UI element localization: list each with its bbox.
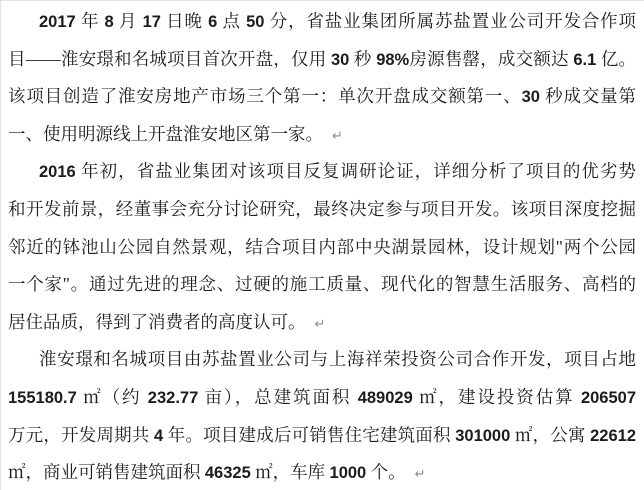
document-body: 2017 年 8 月 17 日晚 6 点 50 分，省盐业集团所属苏盐置业公司开… [8,3,636,490]
text-line: 目——淮安璟和名城项目首次开盘，仅用 30 秒 98%房源售罄，成交额达 6.1… [8,41,636,79]
text-line: 一个家"。通过先进的理念、过硬的施工质量、现代化的智慧生活服务、高档的 [8,266,636,304]
numeral-text: 155180.7 [8,389,77,407]
numeral-text: 6 [208,13,217,31]
numeral-text: 30 [331,51,349,69]
text-line: 155180.7 ㎡（约 232.77 亩），总建筑面积 489029 ㎡，建设… [8,379,636,417]
text-line: 淮安璟和名城项目由苏盐置业公司与上海祥荣投资公司合作开发，项目占地 [8,341,636,379]
numeral-text: 50 [246,13,264,31]
text-line: ㎡，商业可销售建筑面积 46325 ㎡，车库 1000 个。↵ [8,454,636,490]
numeral-text: 98% [376,51,409,69]
numeral-text: 6.1 [573,51,596,69]
paragraph-mark-icon: ↵ [315,317,326,332]
numeral-text: 489029 [358,389,413,407]
text-line: 万元，开发周期共 4 年。项目建成后可销售住宅建筑面积 301000 ㎡，公寓 … [8,417,636,455]
paragraph-mark-icon: ↵ [332,129,343,144]
text-line: 该项目创造了淮安房地产市场三个第一：单次开盘成交额第一、30 秒成交量第 [8,78,636,116]
text-line: 居住品质，得到了消费者的高度认可。↵ [8,304,636,342]
numeral-text: 46325 [205,464,251,482]
numeral-text: 17 [143,13,161,31]
numeral-text: 301000 [455,427,510,445]
document-page[interactable]: 2017 年 8 月 17 日晚 6 点 50 分，省盐业集团所属苏盐置业公司开… [0,0,644,490]
numeral-text: 30 [522,88,540,106]
numeral-text: 232.77 [148,389,198,407]
numeral-text: 1000 [330,464,367,482]
text-line: 2016 年初，省盐业集团对该项目反复调研论证，详细分析了项目的优劣势 [8,153,636,191]
numeral-text: 206507 [581,389,636,407]
text-line: 和开发前景，经董事会充分讨论研究，最终决定参与项目开发。该项目深度挖掘 [8,191,636,229]
numeral-text: 2017 [39,13,76,31]
numeral-text: 22612 [590,427,636,445]
numeral-text: 2016 [39,163,76,181]
paragraph-mark-icon: ↵ [415,467,426,482]
text-line: 邻近的钵池山公园自然景观，结合项目内部中央湖景园林，设计规划"两个公园 [8,229,636,267]
text-line: 2017 年 8 月 17 日晚 6 点 50 分，省盐业集团所属苏盐置业公司开… [8,3,636,41]
numeral-text: 4 [154,427,163,445]
text-line: 一、使用明源线上开盘淮安地区第一家。↵ [8,116,636,154]
numeral-text: 8 [105,13,114,31]
